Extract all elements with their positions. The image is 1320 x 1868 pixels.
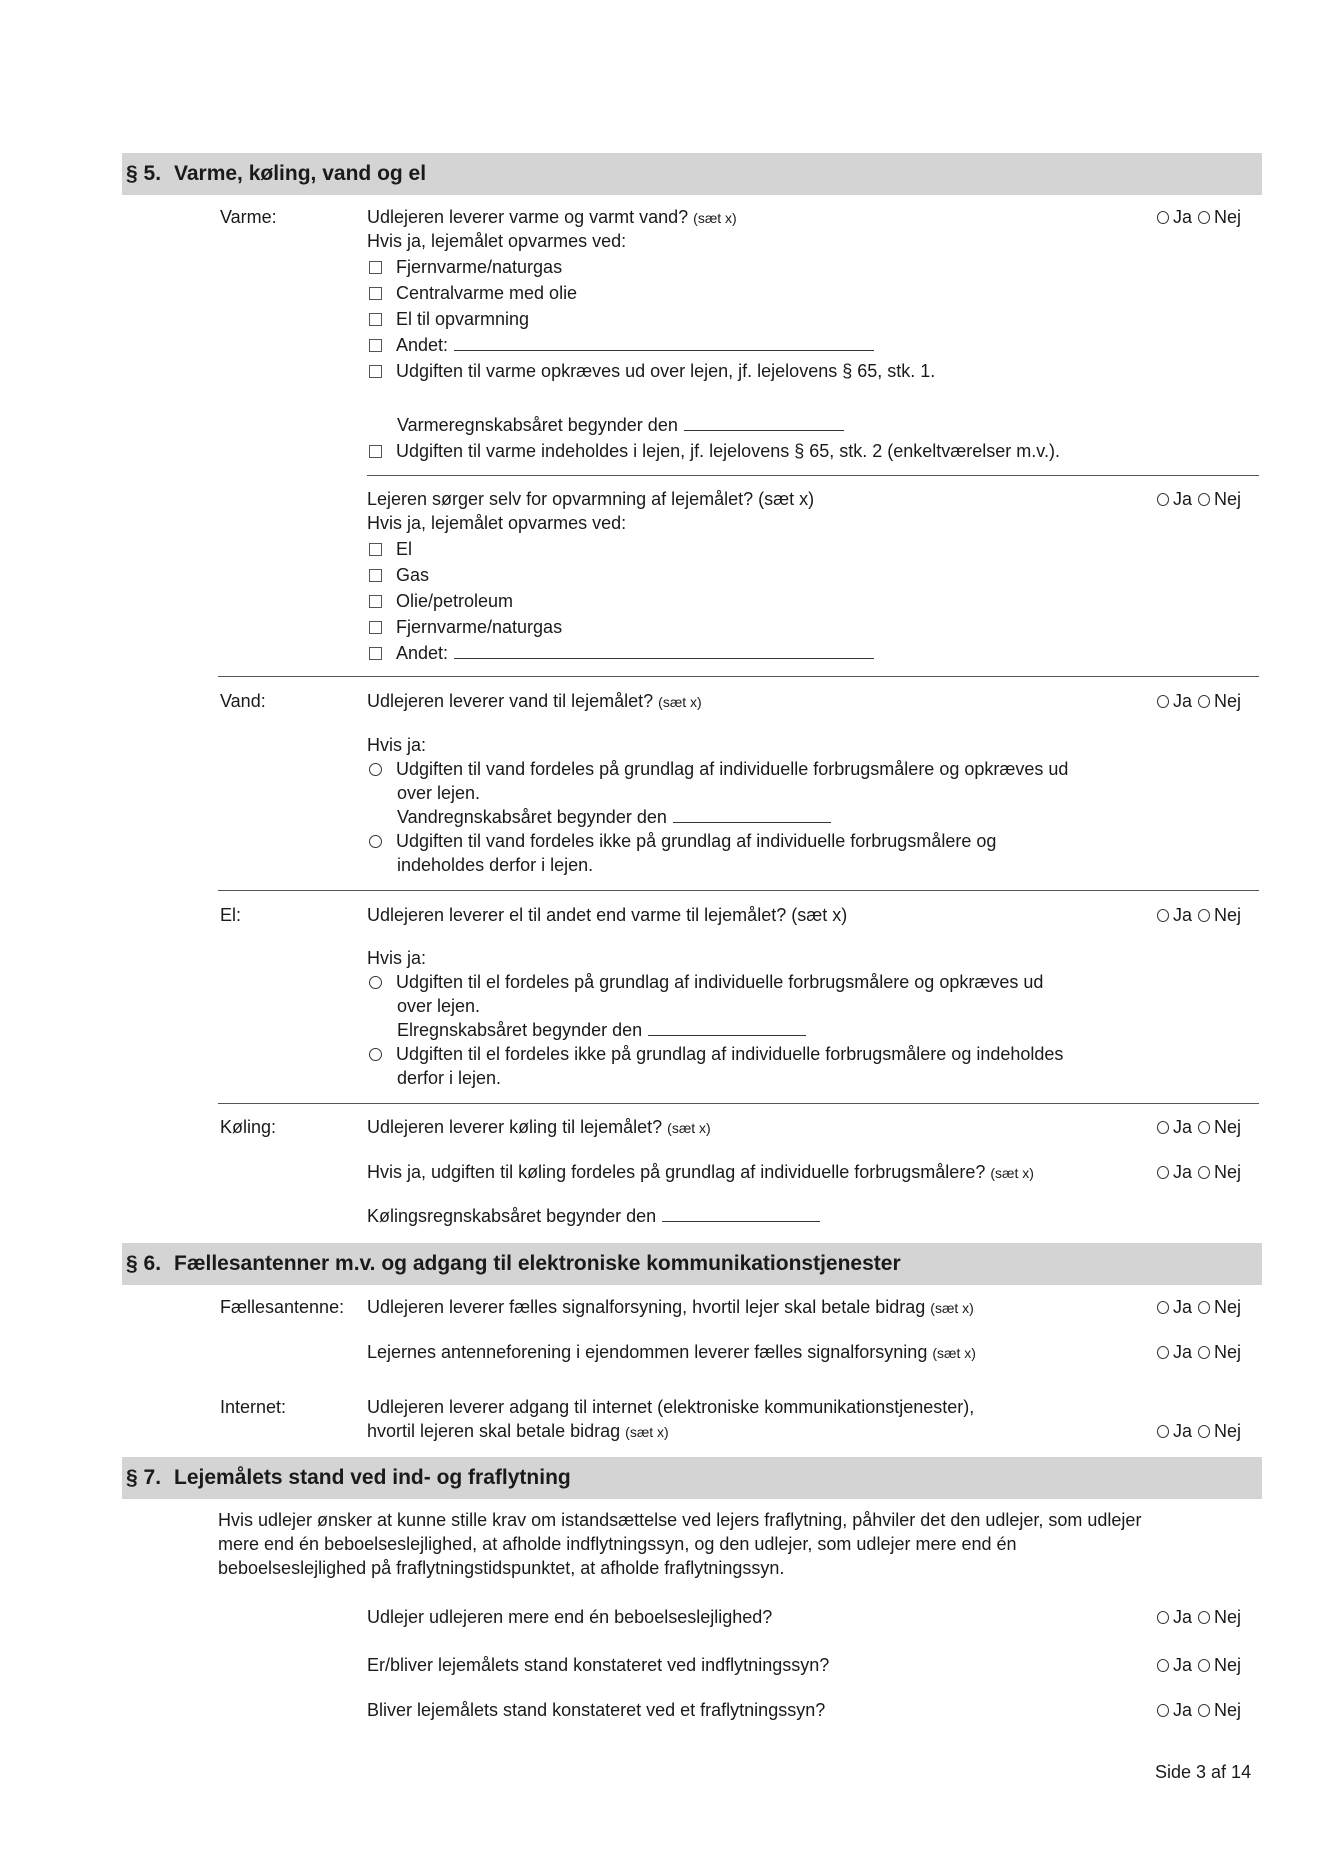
s7-q1-yes-no: JaNej	[1157, 1606, 1241, 1628]
intro-line-3: beboelseslejlighed på fraflytningstidspu…	[218, 1557, 784, 1579]
no-radio[interactable]	[1198, 1659, 1210, 1672]
no-label: Nej	[1214, 1297, 1241, 1317]
vand-yes-no: JaNej	[1157, 690, 1241, 712]
no-radio[interactable]	[1198, 1611, 1210, 1624]
checkbox-icon[interactable]	[369, 261, 382, 274]
option-continuation: derfor i lejen.	[397, 1067, 501, 1089]
vand-label: Vand:	[220, 690, 266, 712]
checkbox-option[interactable]: El til opvarmning	[369, 308, 529, 330]
antenne-q2-yes-no: JaNej	[1157, 1341, 1241, 1363]
option-continuation: indeholdes derfor i lejen.	[397, 854, 593, 876]
checkbox-icon[interactable]	[369, 445, 382, 458]
yes-label: Ja	[1173, 207, 1192, 227]
section-title: Fællesantenner m.v. og adgang til elektr…	[174, 1252, 901, 1275]
el-sub: Hvis ja:	[367, 947, 426, 969]
no-label: Nej	[1214, 1655, 1241, 1675]
checkbox-option[interactable]: Udgiften til varme opkræves ud over leje…	[369, 360, 935, 382]
no-radio[interactable]	[1198, 909, 1210, 922]
s7-q3: Bliver lejemålets stand konstateret ved …	[367, 1699, 825, 1721]
yes-label: Ja	[1173, 691, 1192, 711]
andet-field[interactable]	[454, 334, 874, 351]
koling-regnskab: Kølingsregnskabsåret begynder den	[367, 1205, 820, 1227]
antenne-q1-yes-no: JaNej	[1157, 1296, 1241, 1318]
no-label: Nej	[1214, 1117, 1241, 1137]
hint: (sæt x)	[693, 210, 737, 226]
section-5-header: § 5.Varme, køling, vand og el	[122, 153, 1262, 195]
no-label: Nej	[1214, 1162, 1241, 1182]
no-radio[interactable]	[1198, 1166, 1210, 1179]
section-title: Lejemålets stand ved ind- og fraflytning	[174, 1466, 571, 1489]
koling-q1-yes-no: JaNej	[1157, 1116, 1241, 1138]
varme-q2-yes-no: JaNej	[1157, 488, 1241, 510]
radio-icon[interactable]	[369, 763, 382, 776]
no-label: Nej	[1214, 691, 1241, 711]
varme-sub: Hvis ja, lejemålet opvarmes ved:	[367, 230, 626, 252]
yes-label: Ja	[1173, 489, 1192, 509]
checkbox-icon[interactable]	[369, 647, 382, 660]
question-text: Udlejeren leverer vand til lejemålet?	[367, 691, 653, 711]
question-text: hvortil lejeren skal betale bidrag	[367, 1421, 620, 1441]
no-label: Nej	[1214, 1700, 1241, 1720]
koling-q2: Hvis ja, udgiften til køling fordeles på…	[367, 1161, 1034, 1184]
yes-label: Ja	[1173, 1607, 1192, 1627]
yes-label: Ja	[1173, 1162, 1192, 1182]
antenne-q2: Lejernes antenneforening i ejendommen le…	[367, 1341, 976, 1364]
section-number: § 6.	[126, 1243, 174, 1285]
hint: (sæt x)	[932, 1345, 976, 1361]
divider	[218, 1103, 1259, 1104]
yes-radio[interactable]	[1157, 695, 1169, 708]
hint: (sæt x)	[625, 1424, 669, 1440]
option-label: Fjernvarme/naturgas	[396, 617, 562, 637]
yes-label: Ja	[1173, 1700, 1192, 1720]
checkbox-icon[interactable]	[369, 595, 382, 608]
intro-line-1: Hvis udlejer ønsker at kunne stille krav…	[218, 1509, 1141, 1531]
date-field[interactable]	[673, 806, 831, 823]
intro-line-2: mere end én beboelseslejlighed, at afhol…	[218, 1533, 1017, 1555]
no-label: Nej	[1214, 1421, 1241, 1441]
no-radio[interactable]	[1198, 493, 1210, 506]
antenne-q1: Udlejeren leverer fælles signalforsyning…	[367, 1296, 974, 1319]
no-label: Nej	[1214, 489, 1241, 509]
checkbox-icon[interactable]	[369, 339, 382, 352]
yes-label: Ja	[1173, 905, 1192, 925]
option-continuation: over lejen.	[397, 995, 480, 1017]
hint: (sæt x)	[667, 1120, 711, 1136]
yes-label: Ja	[1173, 1421, 1192, 1441]
section-number: § 7.	[126, 1457, 174, 1499]
varme-label: Varme:	[220, 206, 277, 228]
checkbox-option[interactable]: Olie/petroleum	[369, 590, 513, 612]
yes-radio[interactable]	[1157, 493, 1169, 506]
yes-label: Ja	[1173, 1342, 1192, 1362]
no-label: Nej	[1214, 1342, 1241, 1362]
vand-question: Udlejeren leverer vand til lejemålet? (s…	[367, 690, 702, 713]
varme-q2: Lejeren sørger selv for opvarmning af le…	[367, 488, 814, 510]
hint: (sæt x)	[930, 1300, 974, 1316]
hint: (sæt x)	[658, 694, 702, 710]
question-text: Hvis ja, udgiften til køling fordeles på…	[367, 1162, 985, 1182]
checkbox-option[interactable]: Fjernvarme/naturgas	[369, 256, 562, 278]
section-title: Varme, køling, vand og el	[174, 162, 426, 185]
yes-radio[interactable]	[1157, 1301, 1169, 1314]
option-label: Olie/petroleum	[396, 591, 513, 611]
no-radio[interactable]	[1198, 211, 1210, 224]
checkbox-option[interactable]: El	[369, 538, 412, 560]
koling-q2-yes-no: JaNej	[1157, 1161, 1241, 1183]
option-label: Centralvarme med olie	[396, 283, 577, 303]
radio-icon[interactable]	[369, 835, 382, 848]
no-radio[interactable]	[1198, 1121, 1210, 1134]
radio-icon[interactable]	[369, 1048, 382, 1061]
option-label: Udgiften til vand fordeles på grundlag a…	[396, 759, 1068, 779]
no-radio[interactable]	[1198, 1704, 1210, 1717]
no-radio[interactable]	[1198, 695, 1210, 708]
option-label: Udgiften til el fordeles på grundlag af …	[396, 972, 1043, 992]
antenne-label: Fællesantenne:	[220, 1296, 344, 1318]
varme-question: Udlejeren leverer varme og varmt vand? (…	[367, 206, 737, 229]
no-radio[interactable]	[1198, 1346, 1210, 1359]
radio-option[interactable]: Udgiften til el fordeles på grundlag af …	[369, 971, 1043, 993]
vand-sub: Hvis ja:	[367, 734, 426, 756]
checkbox-option[interactable]: Udgiften til varme indeholdes i lejen, j…	[369, 440, 1060, 462]
divider	[367, 475, 1259, 476]
koling-q1: Udlejeren leverer køling til lejemålet? …	[367, 1116, 711, 1139]
no-radio[interactable]	[1198, 1425, 1210, 1438]
vand-regnskab: Vandregnskabsåret begynder den	[397, 806, 831, 828]
regnskab-label: Vandregnskabsåret begynder den	[397, 807, 667, 827]
no-radio[interactable]	[1198, 1301, 1210, 1314]
radio-icon[interactable]	[369, 976, 382, 989]
yes-radio[interactable]	[1157, 1425, 1169, 1438]
no-label: Nej	[1214, 1607, 1241, 1627]
varme-q2-sub: Hvis ja, lejemålet opvarmes ved:	[367, 512, 626, 534]
yes-radio[interactable]	[1157, 1166, 1169, 1179]
option-label: Fjernvarme/naturgas	[396, 257, 562, 277]
internet-label: Internet:	[220, 1396, 286, 1418]
el-label: El:	[220, 904, 241, 926]
no-label: Nej	[1214, 905, 1241, 925]
page-number: Side 3 af 14	[1155, 1762, 1251, 1783]
question-text: Lejernes antenneforening i ejendommen le…	[367, 1342, 927, 1362]
option-label: Udgiften til varme opkræves ud over leje…	[396, 361, 935, 381]
yes-radio[interactable]	[1157, 1704, 1169, 1717]
checkbox-option[interactable]: Andet:	[369, 642, 874, 664]
radio-option[interactable]: Udgiften til el fordeles ikke på grundla…	[369, 1043, 1063, 1065]
option-label: El	[396, 539, 412, 559]
s7-q2-yes-no: JaNej	[1157, 1654, 1241, 1676]
checkbox-icon[interactable]	[369, 365, 382, 378]
andet-field[interactable]	[454, 642, 874, 659]
checkbox-option[interactable]: Fjernvarme/naturgas	[369, 616, 562, 638]
radio-option[interactable]: Udgiften til vand fordeles ikke på grund…	[369, 830, 996, 852]
divider	[218, 890, 1259, 891]
yes-label: Ja	[1173, 1117, 1192, 1137]
yes-radio[interactable]	[1157, 211, 1169, 224]
divider	[218, 676, 1259, 677]
no-label: Nej	[1214, 207, 1241, 227]
option-label: Udgiften til vand fordeles ikke på grund…	[396, 831, 996, 851]
checkbox-option[interactable]: Andet:	[369, 334, 874, 356]
checkbox-icon[interactable]	[369, 313, 382, 326]
checkbox-icon[interactable]	[369, 287, 382, 300]
section-6-header: § 6.Fællesantenner m.v. og adgang til el…	[122, 1243, 1262, 1285]
option-label: Andet:	[396, 335, 448, 355]
el-regnskab: Elregnskabsåret begynder den	[397, 1019, 806, 1041]
yes-label: Ja	[1173, 1297, 1192, 1317]
regnskab-label: Varmeregnskabsåret begynder den	[397, 415, 678, 435]
checkbox-icon[interactable]	[369, 621, 382, 634]
el-yes-no: JaNej	[1157, 904, 1241, 926]
yes-radio[interactable]	[1157, 1346, 1169, 1359]
checkbox-icon[interactable]	[369, 569, 382, 582]
yes-radio[interactable]	[1157, 1611, 1169, 1624]
option-label: Andet:	[396, 643, 448, 663]
regnskab-label: Kølingsregnskabsåret begynder den	[367, 1206, 656, 1226]
date-field[interactable]	[648, 1019, 806, 1036]
section-7-header: § 7.Lejemålets stand ved ind- og fraflyt…	[122, 1457, 1262, 1499]
koling-label: Køling:	[220, 1116, 276, 1138]
el-question: Udlejeren leverer el til andet end varme…	[367, 904, 847, 926]
yes-radio[interactable]	[1157, 1121, 1169, 1134]
question-text: Udlejeren leverer fælles signalforsyning…	[367, 1297, 925, 1317]
option-label: Udgiften til varme indeholdes i lejen, j…	[396, 441, 1060, 461]
yes-radio[interactable]	[1157, 909, 1169, 922]
internet-yes-no: JaNej	[1157, 1420, 1241, 1442]
s7-q3-yes-no: JaNej	[1157, 1699, 1241, 1721]
date-field[interactable]	[684, 414, 844, 431]
option-label: Gas	[396, 565, 429, 585]
s7-q2: Er/bliver lejemålets stand konstateret v…	[367, 1654, 829, 1676]
regnskab-label: Elregnskabsåret begynder den	[397, 1020, 642, 1040]
hint: (sæt x)	[990, 1165, 1034, 1181]
question-text: Udlejeren leverer køling til lejemålet?	[367, 1117, 662, 1137]
section-number: § 5.	[126, 153, 174, 195]
internet-q-line1: Udlejeren leverer adgang til internet (e…	[367, 1396, 974, 1418]
radio-option[interactable]: Udgiften til vand fordeles på grundlag a…	[369, 758, 1068, 780]
date-field[interactable]	[662, 1205, 820, 1222]
checkbox-option[interactable]: Centralvarme med olie	[369, 282, 577, 304]
internet-q-line2: hvortil lejeren skal betale bidrag (sæt …	[367, 1420, 669, 1443]
option-label: El til opvarmning	[396, 309, 529, 329]
varme-regnskab: Varmeregnskabsåret begynder den	[397, 414, 844, 436]
option-label: Udgiften til el fordeles ikke på grundla…	[396, 1044, 1063, 1064]
checkbox-icon[interactable]	[369, 543, 382, 556]
yes-label: Ja	[1173, 1655, 1192, 1675]
question-text: Udlejeren leverer varme og varmt vand?	[367, 207, 688, 227]
varme-yes-no: JaNej	[1157, 206, 1241, 228]
checkbox-option[interactable]: Gas	[369, 564, 429, 586]
option-continuation: over lejen.	[397, 782, 480, 804]
yes-radio[interactable]	[1157, 1659, 1169, 1672]
s7-q1: Udlejer udlejeren mere end én beboelsesl…	[367, 1606, 772, 1628]
